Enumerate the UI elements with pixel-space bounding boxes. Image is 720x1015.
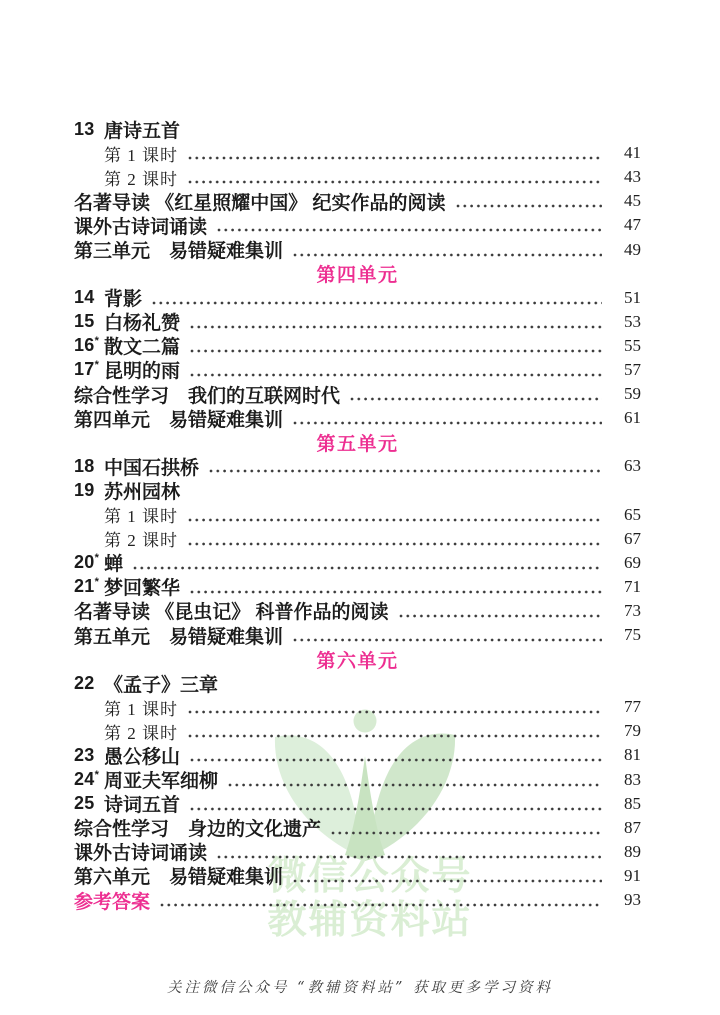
toc-row: 20*蝉69 [74, 551, 641, 575]
toc-row-label: 课外古诗词诵读 [74, 212, 207, 239]
footer-note: 关注微信公众号 “教辅资料站” 获取更多学习资料 [0, 976, 720, 997]
toc-row-label: 第四单元 易错疑难集训 [74, 405, 283, 432]
toc-row-label: 参考答案 [74, 887, 150, 914]
page-number: 81 [607, 745, 641, 765]
page-number: 61 [607, 408, 641, 428]
toc-row: 21*梦回繁华71 [74, 575, 641, 599]
toc-row-label: 第 2 课时 [104, 526, 178, 551]
toc-row: 19苏州园林 [74, 478, 641, 502]
star-marker: * [95, 552, 100, 564]
toc-row: 23愚公移山81 [74, 743, 641, 767]
dot-leader [399, 614, 602, 618]
toc-row: 参考答案93 [74, 888, 641, 912]
chapter-number: 16* [74, 335, 104, 356]
toc-row-label: 名著导读 《昆虫记》 科普作品的阅读 [74, 597, 389, 624]
page-number: 65 [607, 505, 641, 525]
toc-row: 课外古诗词诵读47 [74, 213, 641, 237]
toc-row-label: 诗词五首 [104, 790, 180, 817]
toc-row-label: 第 1 课时 [104, 502, 178, 527]
page-number: 69 [607, 553, 641, 573]
toc-row: 22《孟子》三章 [74, 671, 641, 695]
page-number: 63 [607, 456, 641, 476]
dot-leader [190, 758, 602, 762]
page-number: 75 [607, 625, 641, 645]
page-number: 77 [607, 697, 641, 717]
toc-row-label: 昆明的雨 [104, 356, 180, 383]
toc-row-label: 第 1 课时 [104, 141, 178, 166]
toc-row-label: 愚公移山 [104, 742, 180, 769]
toc-row-label: 第 2 课时 [104, 165, 178, 190]
chapter-number: 24* [74, 769, 104, 790]
star-marker: * [95, 576, 100, 588]
toc-row-label: 《孟子》三章 [104, 670, 218, 697]
dot-leader [217, 228, 602, 232]
toc-row-label: 名著导读 《红星照耀中国》 纪实作品的阅读 [74, 188, 446, 215]
page-number: 93 [607, 890, 641, 910]
page-number: 91 [607, 866, 641, 886]
toc-row: 第五单元 易错疑难集训75 [74, 623, 641, 647]
page-number: 73 [607, 601, 641, 621]
toc-row-label: 中国石拱桥 [104, 453, 199, 480]
toc: 13唐诗五首第 1 课时41第 2 课时43名著导读 《红星照耀中国》 纪实作品… [74, 117, 641, 912]
toc-row: 课外古诗词诵读89 [74, 840, 641, 864]
scanned-toc-page: { "theme": { "accent_pink": "#ed2e91", "… [0, 0, 720, 1015]
page-number: 49 [607, 240, 641, 260]
dot-leader [190, 590, 602, 594]
dot-leader [188, 156, 602, 160]
toc-row-label: 梦回繁华 [104, 573, 180, 600]
toc-row-label: 蝉 [104, 549, 123, 576]
page-number: 59 [607, 384, 641, 404]
toc-row-label: 唐诗五首 [104, 116, 180, 143]
dot-leader [217, 855, 602, 859]
unit-header: 第五单元 [74, 430, 641, 454]
dot-leader [293, 638, 602, 642]
page-number: 43 [607, 167, 641, 187]
dot-leader [228, 783, 602, 787]
chapter-number: 25 [74, 793, 104, 814]
toc-row-label: 综合性学习 身边的文化遗产 [74, 814, 321, 841]
dot-leader [188, 518, 602, 522]
toc-row: 第 2 课时67 [74, 527, 641, 551]
toc-row-label: 课外古诗词诵读 [74, 838, 207, 865]
toc-row: 第 1 课时77 [74, 695, 641, 719]
page-number: 67 [607, 529, 641, 549]
dot-leader [152, 301, 602, 305]
toc-row: 第 2 课时43 [74, 165, 641, 189]
page-number: 71 [607, 577, 641, 597]
dot-leader [190, 349, 602, 353]
chapter-number: 22 [74, 673, 104, 694]
toc-row-label: 苏州园林 [104, 477, 180, 504]
toc-row: 13唐诗五首 [74, 117, 641, 141]
toc-row: 14背影51 [74, 286, 641, 310]
page-number: 87 [607, 818, 641, 838]
toc-row: 名著导读 《红星照耀中国》 纪实作品的阅读45 [74, 189, 641, 213]
page-number: 83 [607, 770, 641, 790]
toc-row-label: 第三单元 易错疑难集训 [74, 236, 283, 263]
dot-leader [190, 807, 602, 811]
page-number: 45 [607, 191, 641, 211]
page-number: 85 [607, 794, 641, 814]
toc-row: 24*周亚夫军细柳83 [74, 768, 641, 792]
dot-leader [188, 734, 602, 738]
toc-row-label: 周亚夫军细柳 [104, 766, 218, 793]
toc-row: 第 2 课时79 [74, 719, 641, 743]
toc-row: 18中国石拱桥63 [74, 454, 641, 478]
chapter-number: 20* [74, 552, 104, 573]
toc-row: 综合性学习 我们的互联网时代59 [74, 382, 641, 406]
unit-header: 第四单元 [74, 262, 641, 286]
toc-row: 第三单元 易错疑难集训49 [74, 237, 641, 261]
unit-header: 第六单元 [74, 647, 641, 671]
star-marker: * [95, 359, 100, 371]
toc-row-label: 白杨礼赞 [104, 308, 180, 335]
page-number: 47 [607, 215, 641, 235]
dot-leader [456, 204, 602, 208]
dot-leader [293, 253, 602, 257]
dot-leader [331, 831, 602, 835]
chapter-number: 19 [74, 480, 104, 501]
toc-row-label: 综合性学习 我们的互联网时代 [74, 381, 340, 408]
page-number: 41 [607, 143, 641, 163]
toc-row-label: 第五单元 易错疑难集训 [74, 622, 283, 649]
toc-row-label: 第 2 课时 [104, 719, 178, 744]
chapter-number: 14 [74, 287, 104, 308]
toc-row: 第六单元 易错疑难集训91 [74, 864, 641, 888]
toc-row-label: 第六单元 易错疑难集训 [74, 862, 283, 889]
toc-row-label: 背影 [104, 284, 142, 311]
dot-leader [188, 542, 602, 546]
toc-row: 17*昆明的雨57 [74, 358, 641, 382]
page-number: 57 [607, 360, 641, 380]
dot-leader [209, 469, 602, 473]
dot-leader [160, 903, 602, 907]
toc-row: 第四单元 易错疑难集训61 [74, 406, 641, 430]
star-marker: * [95, 769, 100, 781]
toc-row: 25诗词五首85 [74, 792, 641, 816]
toc-row-label: 第 1 课时 [104, 695, 178, 720]
dot-leader [190, 325, 602, 329]
page-number: 51 [607, 288, 641, 308]
page-number: 79 [607, 721, 641, 741]
toc-row: 名著导读 《昆虫记》 科普作品的阅读73 [74, 599, 641, 623]
dot-leader [190, 373, 602, 377]
dot-leader [350, 397, 602, 401]
toc-row-label: 散文二篇 [104, 332, 180, 359]
toc-row: 第 1 课时41 [74, 141, 641, 165]
page-number: 55 [607, 336, 641, 356]
dot-leader [133, 566, 602, 570]
page-number: 89 [607, 842, 641, 862]
toc-row: 综合性学习 身边的文化遗产87 [74, 816, 641, 840]
page-number: 53 [607, 312, 641, 332]
star-marker: * [95, 335, 100, 347]
toc-row: 15白杨礼赞53 [74, 310, 641, 334]
chapter-number: 17* [74, 359, 104, 380]
dot-leader [188, 180, 602, 184]
chapter-number: 13 [74, 119, 104, 140]
chapter-number: 21* [74, 576, 104, 597]
chapter-number: 23 [74, 745, 104, 766]
dot-leader [293, 879, 602, 883]
dot-leader [293, 421, 602, 425]
chapter-number: 15 [74, 311, 104, 332]
dot-leader [188, 710, 602, 714]
toc-row: 第 1 课时65 [74, 503, 641, 527]
toc-row: 16*散文二篇55 [74, 334, 641, 358]
chapter-number: 18 [74, 456, 104, 477]
